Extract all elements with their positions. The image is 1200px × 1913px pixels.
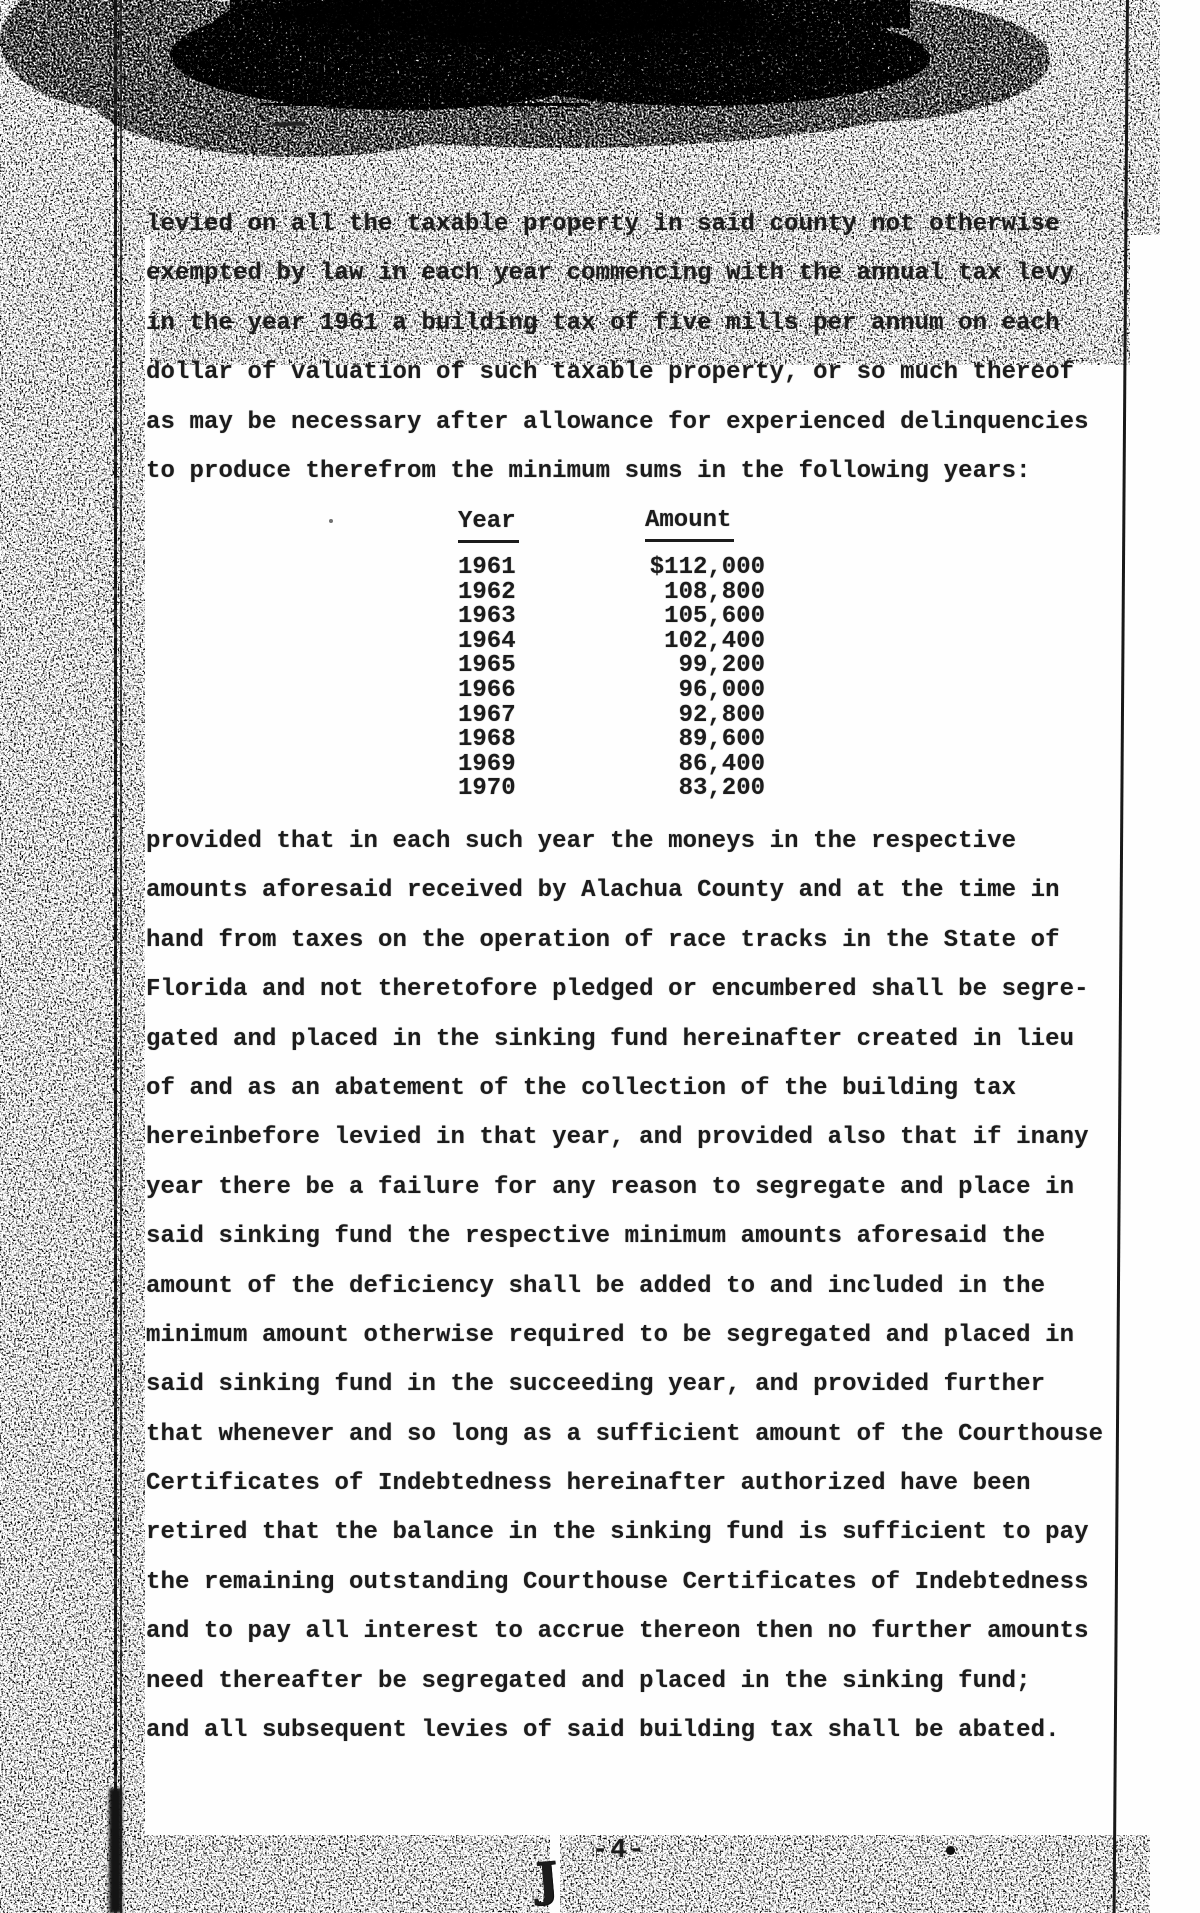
text-line: retired that the balance in the sinking …	[146, 1508, 1103, 1557]
amount-cell: $112,000	[650, 556, 765, 581]
text-line: levied on all the taxable property in sa…	[146, 200, 1089, 249]
text-line: of and as an abatement of the collection…	[146, 1064, 1103, 1113]
amount-cell: 83,200	[679, 777, 765, 802]
amount-cell: 108,800	[664, 581, 765, 606]
table-header-year: Year	[458, 508, 519, 543]
text-line: as may be necessary after allowance for …	[146, 398, 1089, 447]
year-cell: 1969	[458, 753, 516, 778]
text-line: in the year 1961 a building tax of five …	[146, 299, 1089, 348]
left-binding-rule-outer	[114, 0, 117, 1913]
table-row: 1967 92,800	[458, 704, 765, 729]
text-line: to produce therefrom the minimum sums in…	[146, 447, 1089, 496]
text-line: that whenever and so long as a sufficien…	[146, 1410, 1103, 1459]
text-line: said sinking fund the respective minimum…	[146, 1212, 1103, 1261]
text-line: amount of the deficiency shall be added …	[146, 1262, 1103, 1311]
text-line: and to pay all interest to accrue thereo…	[146, 1607, 1103, 1656]
smudge-halo	[0, 0, 1050, 157]
text-line: Florida and not theretofore pledged or e…	[146, 965, 1103, 1014]
table-row: 1970 83,200	[458, 777, 765, 802]
scanned-document-page: levied on all the taxable property in sa…	[0, 0, 1200, 1913]
amount-cell: 99,200	[679, 654, 765, 679]
year-cell: 1966	[458, 679, 516, 704]
text-line: year there be a failure for any reason t…	[146, 1163, 1103, 1212]
text-line: and all subsequent levies of said buildi…	[146, 1706, 1103, 1755]
text-line: minimum amount otherwise required to be …	[146, 1311, 1103, 1360]
text-line: gated and placed in the sinking fund her…	[146, 1015, 1103, 1064]
amount-cell: 102,400	[664, 630, 765, 655]
year-cell: 1965	[458, 654, 516, 679]
handwritten-mark: J	[534, 1851, 560, 1907]
table-header-amount: Amount	[645, 507, 734, 542]
year-cell: 1961	[458, 556, 516, 581]
text-line: amounts aforesaid received by Alachua Co…	[146, 866, 1103, 915]
text-line: need thereafter be segregated and placed…	[146, 1657, 1103, 1706]
table-row: 1964 102,400	[458, 630, 765, 655]
ink-speck	[329, 519, 333, 523]
text-line: dollar of valuation of such taxable prop…	[146, 348, 1089, 397]
text-line: the remaining outstanding Courthouse Cer…	[146, 1558, 1103, 1607]
year-cell: 1967	[458, 704, 516, 729]
text-line: hereinbefore levied in that year, and pr…	[146, 1113, 1103, 1162]
year-amount-table-body: 1961 $112,000 1962 108,800 1963 105,600 …	[458, 556, 765, 802]
smudge-core	[270, 0, 810, 52]
year-cell: 1962	[458, 581, 516, 606]
table-row: 1963 105,600	[458, 605, 765, 630]
paragraph-levy-intro: levied on all the taxable property in sa…	[146, 200, 1089, 496]
page-number: -4-	[592, 1836, 647, 1866]
year-cell: 1964	[458, 630, 516, 655]
left-binding-smudge	[109, 1788, 122, 1913]
ink-dash	[272, 121, 306, 127]
amount-cell: 89,600	[679, 728, 765, 753]
amount-cell: 86,400	[679, 753, 765, 778]
text-line: Certificates of Indebtedness hereinafter…	[146, 1459, 1103, 1508]
paragraph-proviso: provided that in each such year the mone…	[146, 817, 1103, 1755]
year-cell: 1970	[458, 777, 516, 802]
text-line: said sinking fund in the succeeding year…	[146, 1360, 1103, 1409]
smudge-dense	[170, 0, 930, 110]
table-row: 1968 89,600	[458, 728, 765, 753]
table-row: 1965 99,200	[458, 654, 765, 679]
year-cell: 1963	[458, 605, 516, 630]
left-binding-rule-inner	[120, 0, 122, 1913]
year-cell: 1968	[458, 728, 516, 753]
table-row: 1966 96,000	[458, 679, 765, 704]
amount-cell: 105,600	[664, 605, 765, 630]
text-line: provided that in each such year the mone…	[146, 817, 1103, 866]
amount-cell: 92,800	[679, 704, 765, 729]
text-line: exempted by law in each year commencing …	[146, 249, 1089, 298]
right-page-edge-rule	[1113, 0, 1129, 1913]
ink-dot	[946, 1846, 955, 1855]
amount-cell: 96,000	[679, 679, 765, 704]
text-line: hand from taxes on the operation of race…	[146, 916, 1103, 965]
table-row: 1961 $112,000	[458, 556, 765, 581]
table-row: 1969 86,400	[458, 753, 765, 778]
table-row: 1962 108,800	[458, 581, 765, 606]
